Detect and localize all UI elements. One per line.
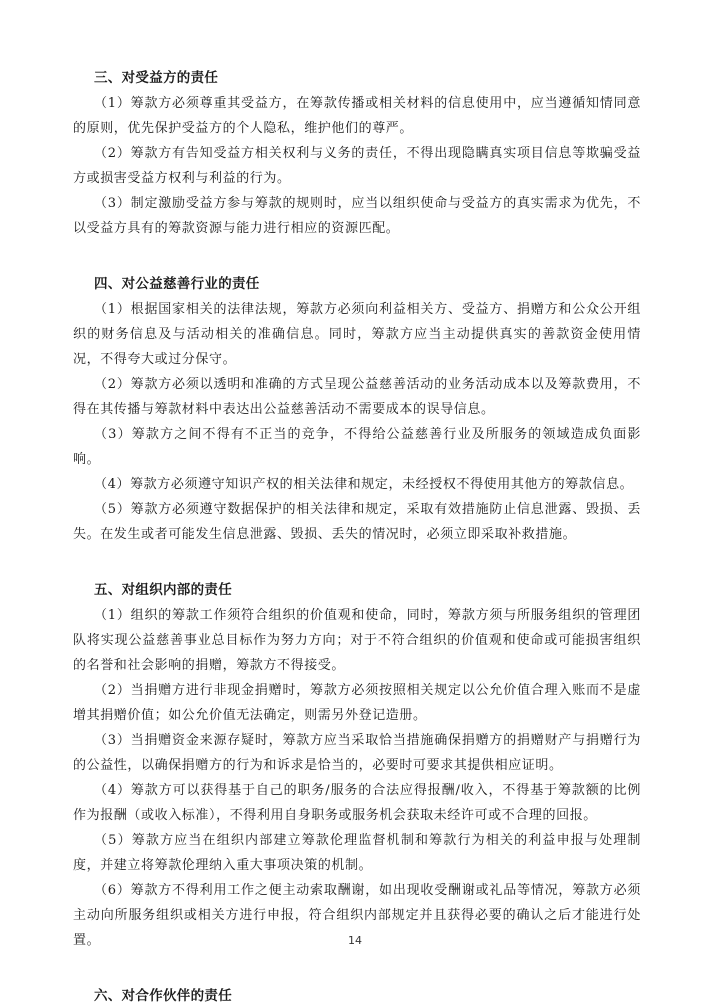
section-partners: 六、对合作伙伴的责任 [73,984,641,1004]
section-charity-sector: 四、对公益慈善行业的责任 （1）根据国家相关的法律法规，筹款方必须向利益相关方、… [73,272,641,547]
document-page: 三、对受益方的责任 （1）筹款方必须尊重其受益方，在筹款传播或相关材料的信息使用… [73,66,641,1004]
paragraph: （4）筹款方必须遵守知识产权的相关法律和规定，未经授权不得使用其他方的筹款信息。 [73,472,641,497]
paragraph: （3）制定激励受益方参与筹款的规则时，应当以组织使命与受益方的真实需求为优先，不… [73,191,641,241]
paragraph: （4）筹款方可以获得基于自己的职务/服务的合法应得报酬/收入，不得基于筹款额的比… [73,778,641,828]
section-internal-org: 五、对组织内部的责任 （1）组织的筹款工作须符合组织的价值观和使命，同时，筹款方… [73,578,641,953]
paragraph: （5）筹款方应当在组织内部建立筹款伦理监督机制和筹款行为相关的利益申报与处理制度… [73,828,641,878]
section-spacer [73,241,641,272]
paragraph: （3）筹款方之间不得有不正当的竞争，不得给公益慈善行业及所服务的领域造成负面影响… [73,422,641,472]
section-spacer [73,953,641,984]
page-number: 14 [0,934,710,947]
paragraph: （1）筹款方必须尊重其受益方，在筹款传播或相关材料的信息使用中，应当遵循知情同意… [73,91,641,141]
section-heading: 五、对组织内部的责任 [94,578,641,603]
paragraph: （2）筹款方有告知受益方相关权利与义务的责任，不得出现隐瞒真实项目信息等欺骗受益… [73,141,641,191]
paragraph: （2）筹款方必须以透明和准确的方式呈现公益慈善活动的业务活动成本以及筹款费用，不… [73,372,641,422]
section-heading: 四、对公益慈善行业的责任 [94,272,641,297]
paragraph: （5）筹款方必须遵守数据保护的相关法律和规定，采取有效措施防止信息泄露、毁损、丢… [73,497,641,547]
section-heading: 三、对受益方的责任 [94,66,641,91]
section-beneficiaries: 三、对受益方的责任 （1）筹款方必须尊重其受益方，在筹款传播或相关材料的信息使用… [73,66,641,241]
section-spacer [73,547,641,578]
paragraph: （1）根据国家相关的法律法规，筹款方必须向利益相关方、受益方、捐赠方和公众公开组… [73,297,641,372]
paragraph: （1）组织的筹款工作须符合组织的价值观和使命，同时，筹款方须与所服务组织的管理团… [73,603,641,678]
section-heading: 六、对合作伙伴的责任 [94,984,641,1004]
paragraph: （3）当捐赠资金来源存疑时，筹款方应当采取恰当措施确保捐赠方的捐赠财产与捐赠行为… [73,728,641,778]
paragraph: （2）当捐赠方进行非现金捐赠时，筹款方必须按照相关规定以公允价值合理入账而不是虚… [73,678,641,728]
